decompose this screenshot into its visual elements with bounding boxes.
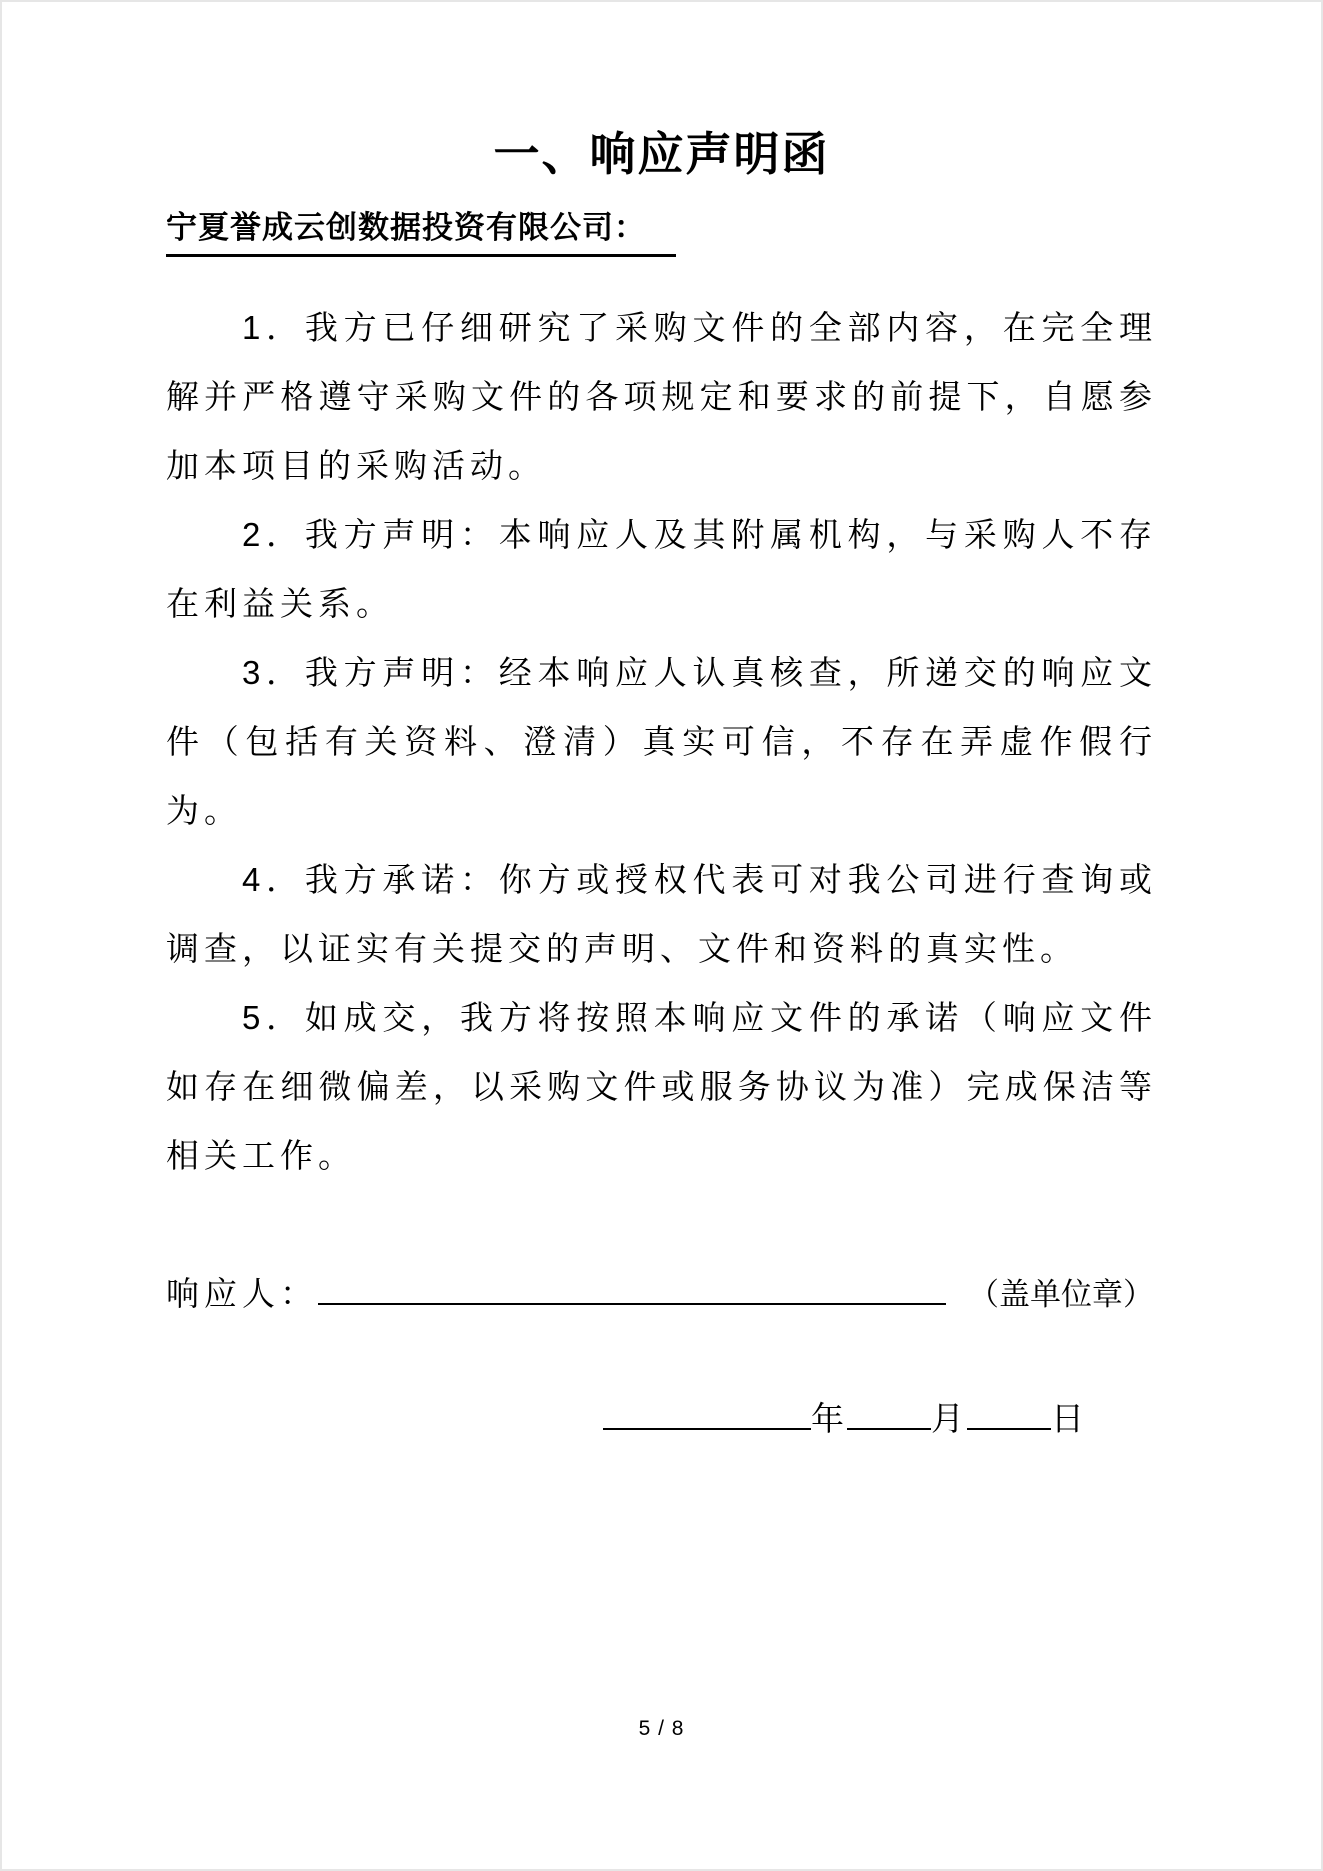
day-blank-line bbox=[967, 1428, 1051, 1430]
page-title: 一、响应声明函 bbox=[166, 126, 1157, 182]
body-paragraph-1: 1．我方已仔细研究了采购文件的全部内容，在完全理解并严格遵守采购文件的各项规定和… bbox=[166, 293, 1157, 500]
respondent-label: 响应人： bbox=[166, 1275, 318, 1312]
body-paragraph-4: 4．我方承诺：你方或授权代表可对我公司进行查询或调查，以证实有关提交的声明、文件… bbox=[166, 845, 1157, 983]
document-page: 一、响应声明函 宁夏誉成云创数据投资有限公司： 1．我方已仔细研究了采购文件的全… bbox=[0, 0, 1323, 1871]
seal-note: （盖单位章） bbox=[968, 1277, 1154, 1312]
body-text: 1．我方已仔细研究了采购文件的全部内容，在完全理解并严格遵守采购文件的各项规定和… bbox=[166, 293, 1157, 1190]
body-paragraph-3: 3．我方声明：经本响应人认真核查，所递交的响应文件（包括有关资料、澄清）真实可信… bbox=[166, 638, 1157, 845]
date-row: 年月日 bbox=[166, 1393, 1157, 1445]
month-blank-line bbox=[847, 1428, 931, 1430]
addressee-row: 宁夏誉成云创数据投资有限公司： bbox=[166, 208, 1157, 257]
page-number: 5 / 8 bbox=[2, 1717, 1321, 1741]
day-label: 日 bbox=[1051, 1400, 1087, 1437]
body-paragraph-5: 5．如成交，我方将按照本响应文件的承诺（响应文件如存在细微偏差，以采购文件或服务… bbox=[166, 983, 1157, 1190]
year-label: 年 bbox=[811, 1400, 847, 1437]
month-label: 月 bbox=[931, 1400, 967, 1437]
signature-row: 响应人：（盖单位章） bbox=[166, 1268, 1157, 1321]
year-blank-line bbox=[603, 1428, 811, 1430]
addressee-company-name: 宁夏誉成云创数据投资有限公司： bbox=[166, 208, 676, 257]
signature-blank-line bbox=[318, 1303, 946, 1305]
body-paragraph-2: 2．我方声明：本响应人及其附属机构，与采购人不存在利益关系。 bbox=[166, 500, 1157, 638]
